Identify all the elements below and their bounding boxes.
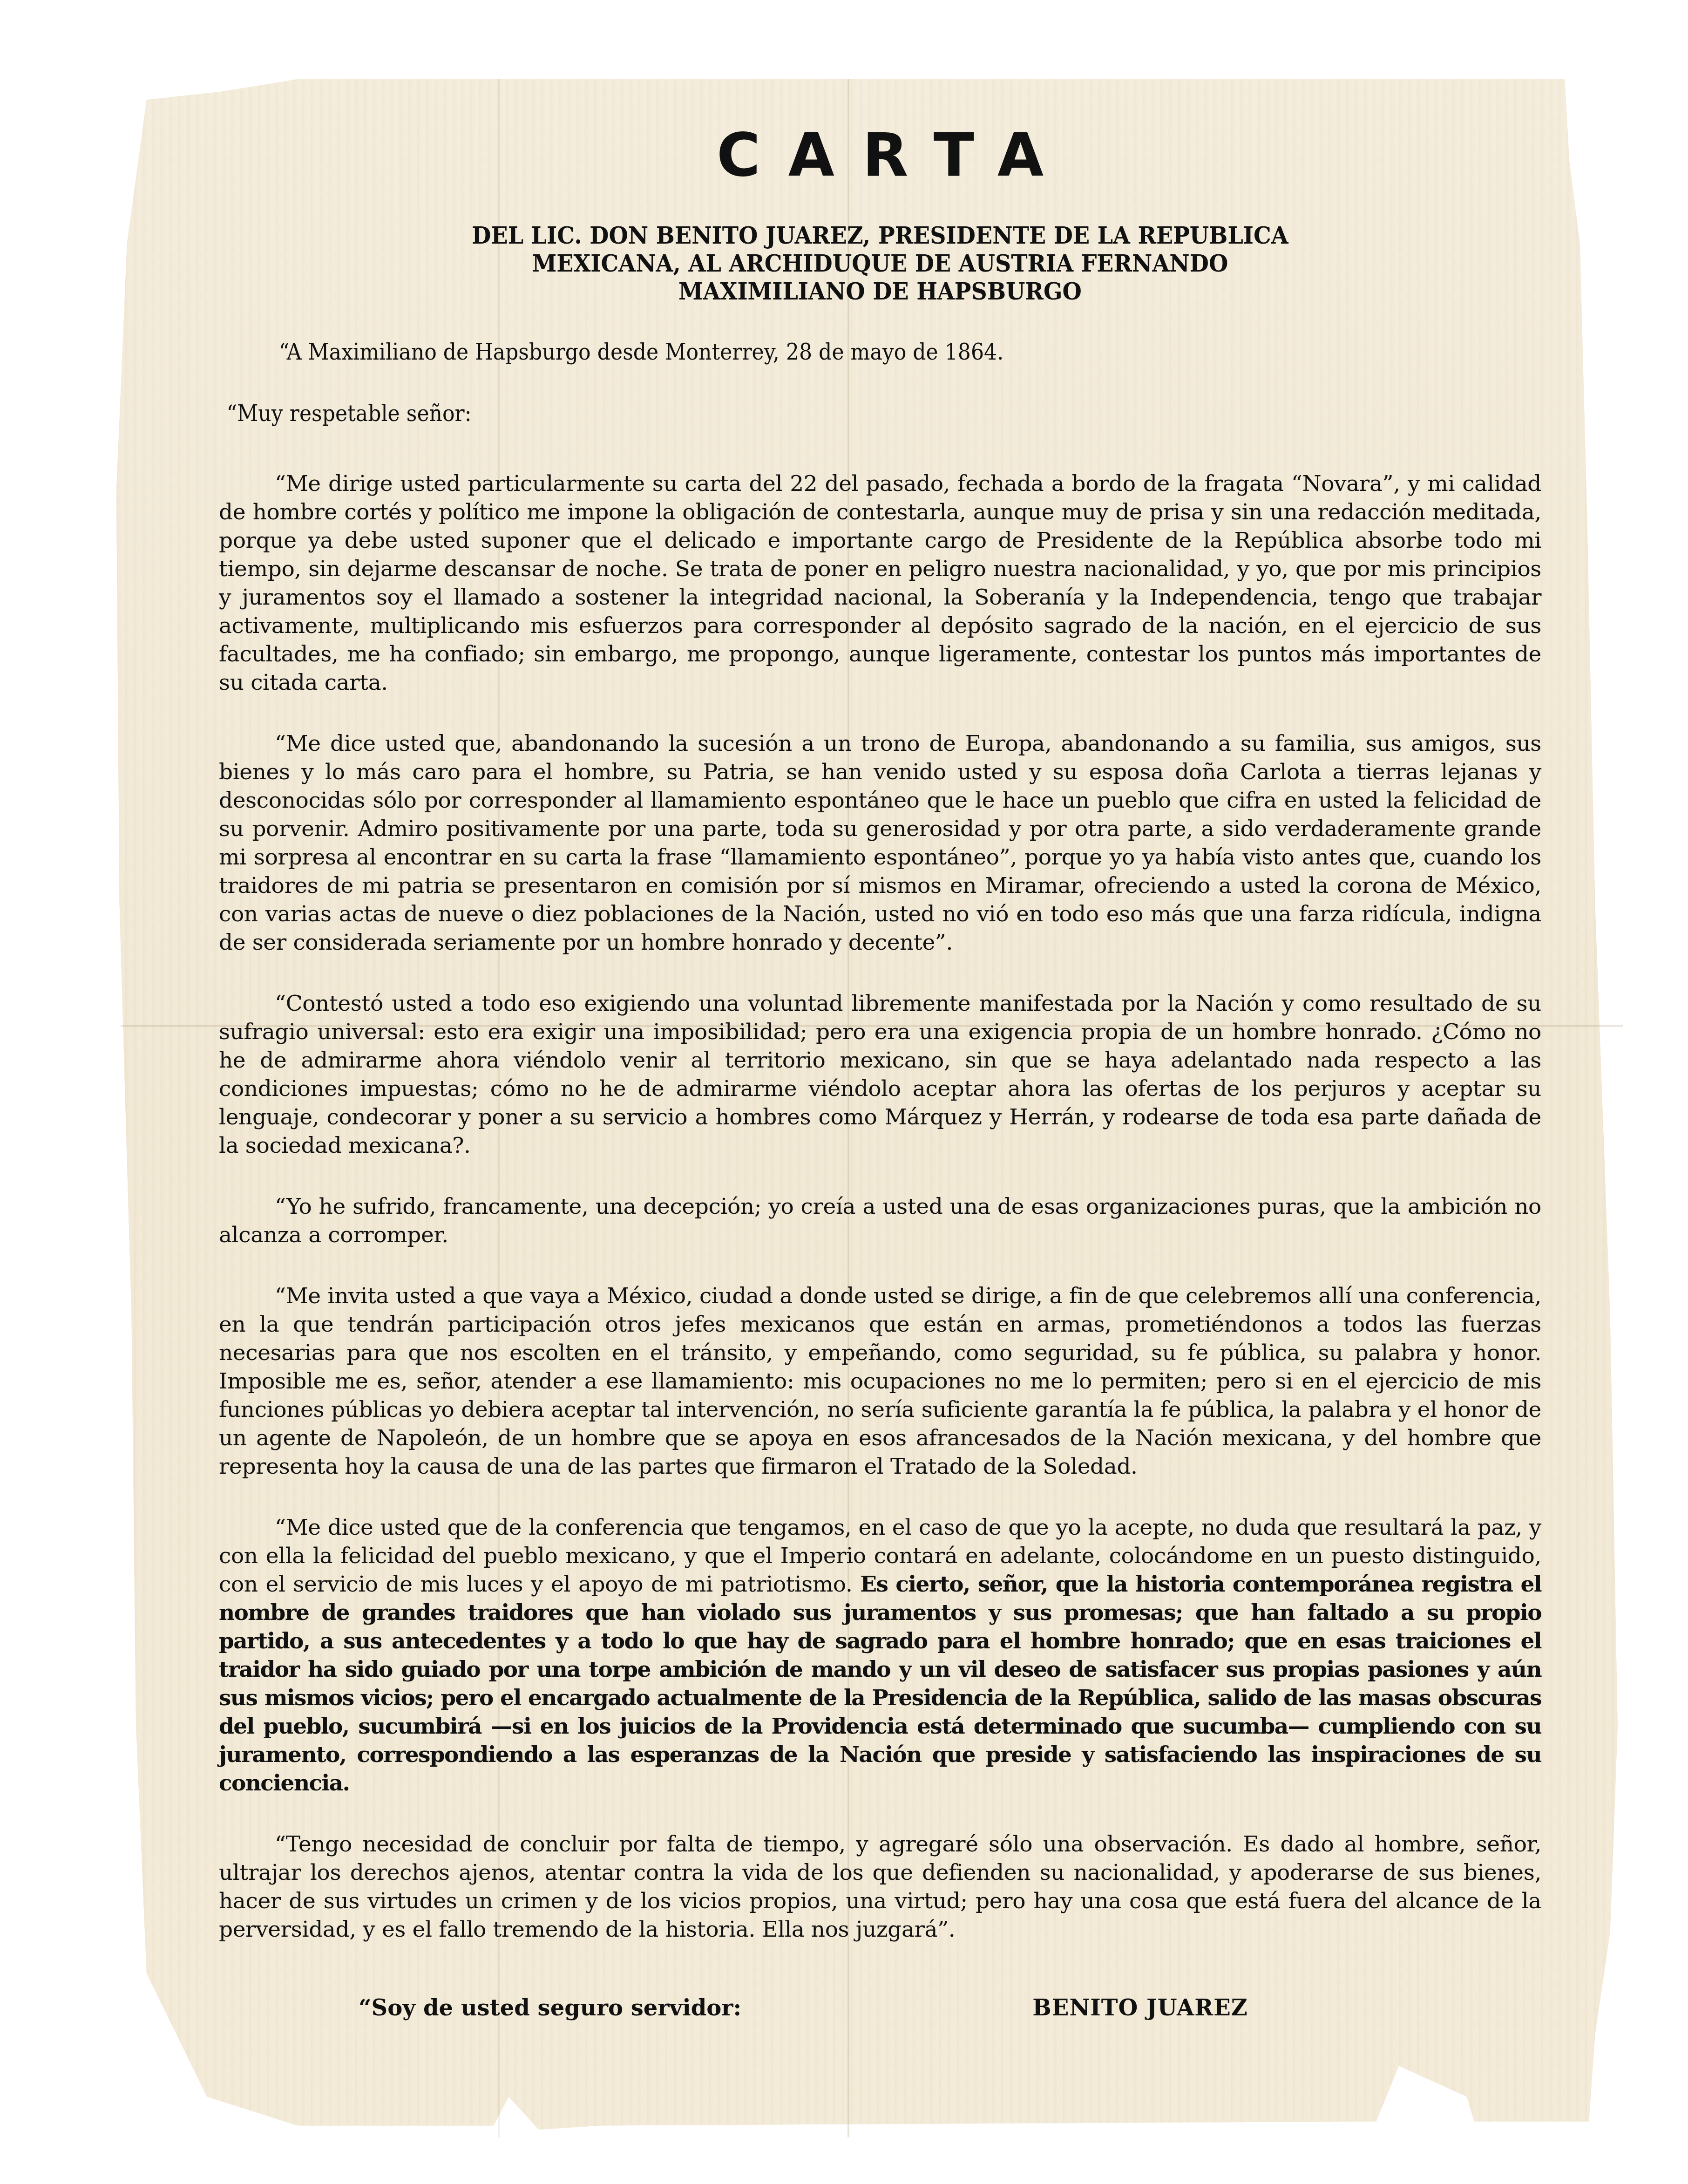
document-title: CARTA <box>219 112 1541 185</box>
paragraph: “Yo he sufrido, francamente, una decepci… <box>219 1192 1541 1249</box>
signature-name: BENITO JUAREZ <box>1032 1995 1248 2021</box>
paragraph: “Tengo necesidad de concluir por falta d… <box>219 1830 1541 1944</box>
paragraph: “Me dirige usted particularmente su cart… <box>219 469 1541 697</box>
dateline: “A Maximiliano de Hapsburgo desde Monter… <box>219 339 1436 365</box>
document-subtitle: DEL LIC. DON BENITO JUAREZ, PRESIDENTE D… <box>252 222 1508 306</box>
paragraph-bold-text: Es cierto, señor, que la historia contem… <box>219 1572 1541 1796</box>
paragraph: “Me dice usted que de la conferencia que… <box>219 1513 1541 1797</box>
paragraph: “Me dice usted que, abandonando la suces… <box>219 729 1541 957</box>
subtitle-line: DEL LIC. DON BENITO JUAREZ, PRESIDENTE D… <box>252 222 1508 250</box>
paragraph: “Contestó usted a todo eso exigiendo una… <box>219 989 1541 1160</box>
paragraph: “Me invita usted a que vaya a México, ci… <box>219 1282 1541 1481</box>
closing-line: “Soy de usted seguro servidor: <box>359 1995 741 2021</box>
signature-block: “Soy de usted seguro servidor: BENITO JU… <box>219 1995 1541 2021</box>
letter-content: CARTA DEL LIC. DON BENITO JUAREZ, PRESID… <box>219 112 1541 2021</box>
subtitle-line: MAXIMILIANO DE HAPSBURGO <box>252 278 1508 306</box>
salutation: “Muy respetable señor: <box>219 401 1436 427</box>
subtitle-line: MEXICANA, AL ARCHIDUQUE DE AUSTRIA FERNA… <box>252 250 1508 278</box>
